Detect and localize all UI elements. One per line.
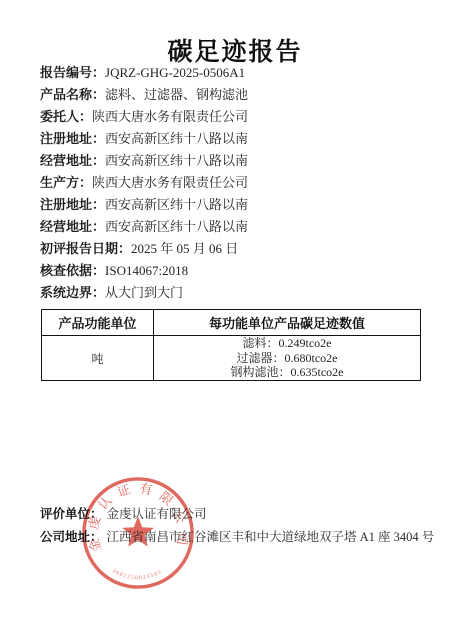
info-value: 滤料、过滤器、钢构滤池 (105, 87, 248, 102)
footprint-values: 滤料：0.249tco2e 过滤器：0.680tco2e 钢构滤池：0.635t… (154, 336, 420, 380)
footprint-value-steel-filter-tank: 钢构滤池：0.635tco2e (154, 365, 420, 380)
report-info-block: 报告编号：JQRZ-GHG-2025-0506A1 产品名称：滤料、过滤器、钢构… (40, 62, 440, 304)
info-value: 西安高新区纬十八路以南 (105, 219, 248, 234)
info-line-producer: 生产方：陕西大唐水务有限责任公司 (40, 172, 440, 194)
info-value: 从大门到大门 (105, 285, 183, 300)
seal-number-text: 3601250023393 (111, 568, 162, 581)
evaluator-line: 评价单位：金虔认证有限公司 (40, 503, 434, 526)
table-row: 吨 滤料：0.249tco2e 过滤器：0.680tco2e 钢构滤池：0.63… (42, 336, 421, 381)
info-label: 报告编号： (40, 65, 105, 80)
unit-cell: 吨 (42, 336, 154, 381)
table-header-row: 产品功能单位 每功能单位产品碳足迹数值 (42, 310, 421, 336)
info-label: 经营地址： (40, 219, 105, 234)
info-label: 系统边界： (40, 285, 105, 300)
company-address-value: 江西省南昌市红谷滩区丰和中大道绿地双子塔 A1 座 3404 号 (103, 530, 435, 544)
table-header-functional-unit: 产品功能单位 (42, 310, 154, 336)
info-label: 经营地址： (40, 153, 105, 168)
footprint-value-filter-media: 滤料：0.249tco2e (154, 336, 420, 351)
info-value: 2025 年 05 月 06 日 (131, 241, 238, 256)
info-label: 生产方： (40, 175, 92, 190)
evaluator-label: 评价单位： (40, 507, 103, 521)
info-value: 西安高新区纬十八路以南 (105, 197, 248, 212)
info-label: 产品名称： (40, 87, 105, 102)
info-line-producer-registered-address: 注册地址：西安高新区纬十八路以南 (40, 194, 440, 216)
info-label: 初评报告日期： (40, 241, 131, 256)
carbon-footprint-table: 产品功能单位 每功能单位产品碳足迹数值 吨 滤料：0.249tco2e 过滤器：… (41, 309, 421, 381)
company-address-label: 公司地址： (40, 530, 103, 544)
info-line-business-address: 经营地址：西安高新区纬十八路以南 (40, 150, 440, 172)
info-value: 西安高新区纬十八路以南 (105, 153, 248, 168)
info-line-client: 委托人：陕西大唐水务有限责任公司 (40, 106, 440, 128)
info-label: 委托人： (40, 109, 92, 124)
info-value: 陕西大唐水务有限责任公司 (92, 175, 248, 190)
info-value: 陕西大唐水务有限责任公司 (92, 109, 248, 124)
info-line-report-number: 报告编号：JQRZ-GHG-2025-0506A1 (40, 62, 440, 84)
info-line-initial-report-date: 初评报告日期：2025 年 05 月 06 日 (40, 238, 440, 260)
table-header-footprint-value: 每功能单位产品碳足迹数值 (154, 310, 421, 336)
info-line-producer-business-address: 经营地址：西安高新区纬十八路以南 (40, 216, 440, 238)
footprint-values-cell: 滤料：0.249tco2e 过滤器：0.680tco2e 钢构滤池：0.635t… (154, 336, 421, 381)
info-value: ISO14067:2018 (105, 263, 188, 278)
info-label: 注册地址： (40, 197, 105, 212)
svg-text:3601250023393: 3601250023393 (111, 568, 162, 581)
info-label: 核查依据： (40, 263, 105, 278)
info-line-system-boundary: 系统边界：从大门到大门 (40, 282, 440, 304)
company-address-line: 公司地址：江西省南昌市红谷滩区丰和中大道绿地双子塔 A1 座 3404 号 (40, 526, 434, 549)
info-label: 注册地址： (40, 131, 105, 146)
info-line-verification-basis: 核查依据：ISO14067:2018 (40, 260, 440, 282)
report-page: 碳足迹报告 报告编号：JQRZ-GHG-2025-0506A1 产品名称：滤料、… (0, 0, 470, 631)
info-line-registered-address: 注册地址：西安高新区纬十八路以南 (40, 128, 440, 150)
info-value: 西安高新区纬十八路以南 (105, 131, 248, 146)
footprint-value-filter: 过滤器：0.680tco2e (154, 351, 420, 366)
evaluator-value: 金虔认证有限公司 (103, 507, 207, 521)
info-value: JQRZ-GHG-2025-0506A1 (105, 65, 245, 80)
footer-block: 评价单位：金虔认证有限公司 公司地址：江西省南昌市红谷滩区丰和中大道绿地双子塔 … (40, 503, 434, 548)
info-line-product-name: 产品名称：滤料、过滤器、钢构滤池 (40, 84, 440, 106)
